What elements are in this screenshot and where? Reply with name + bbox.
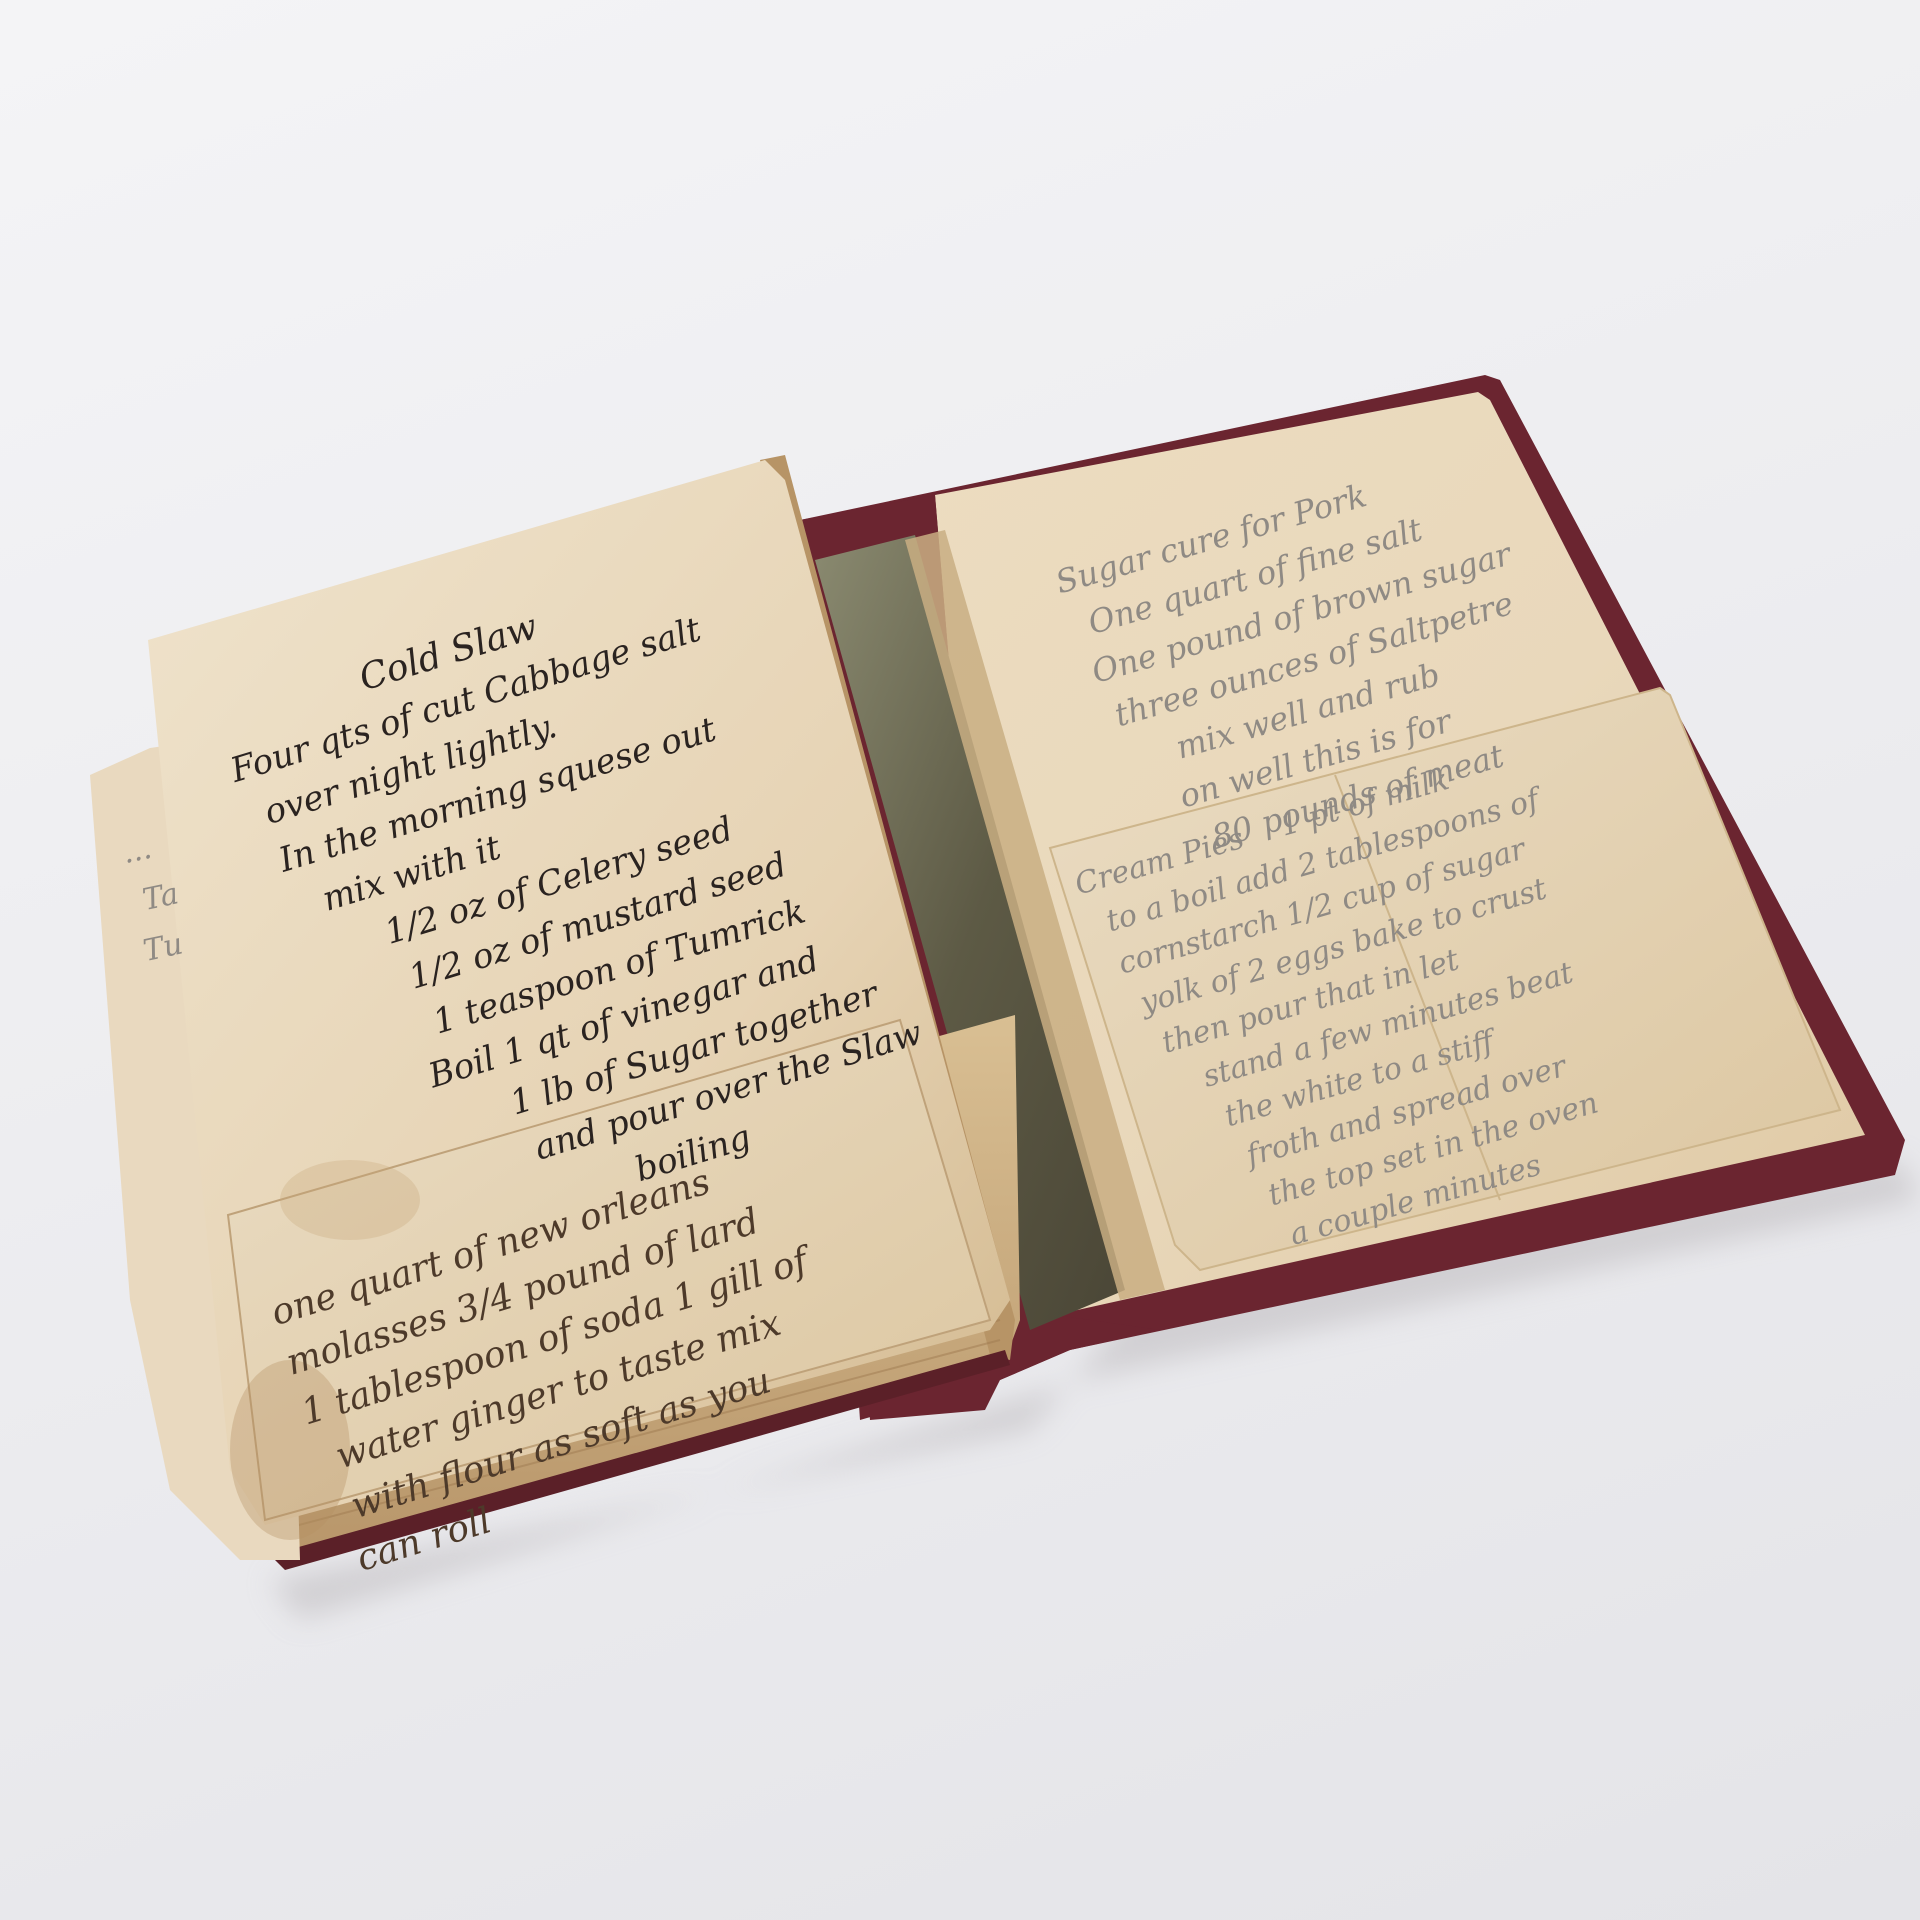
- photo-scene: [0, 0, 1920, 1920]
